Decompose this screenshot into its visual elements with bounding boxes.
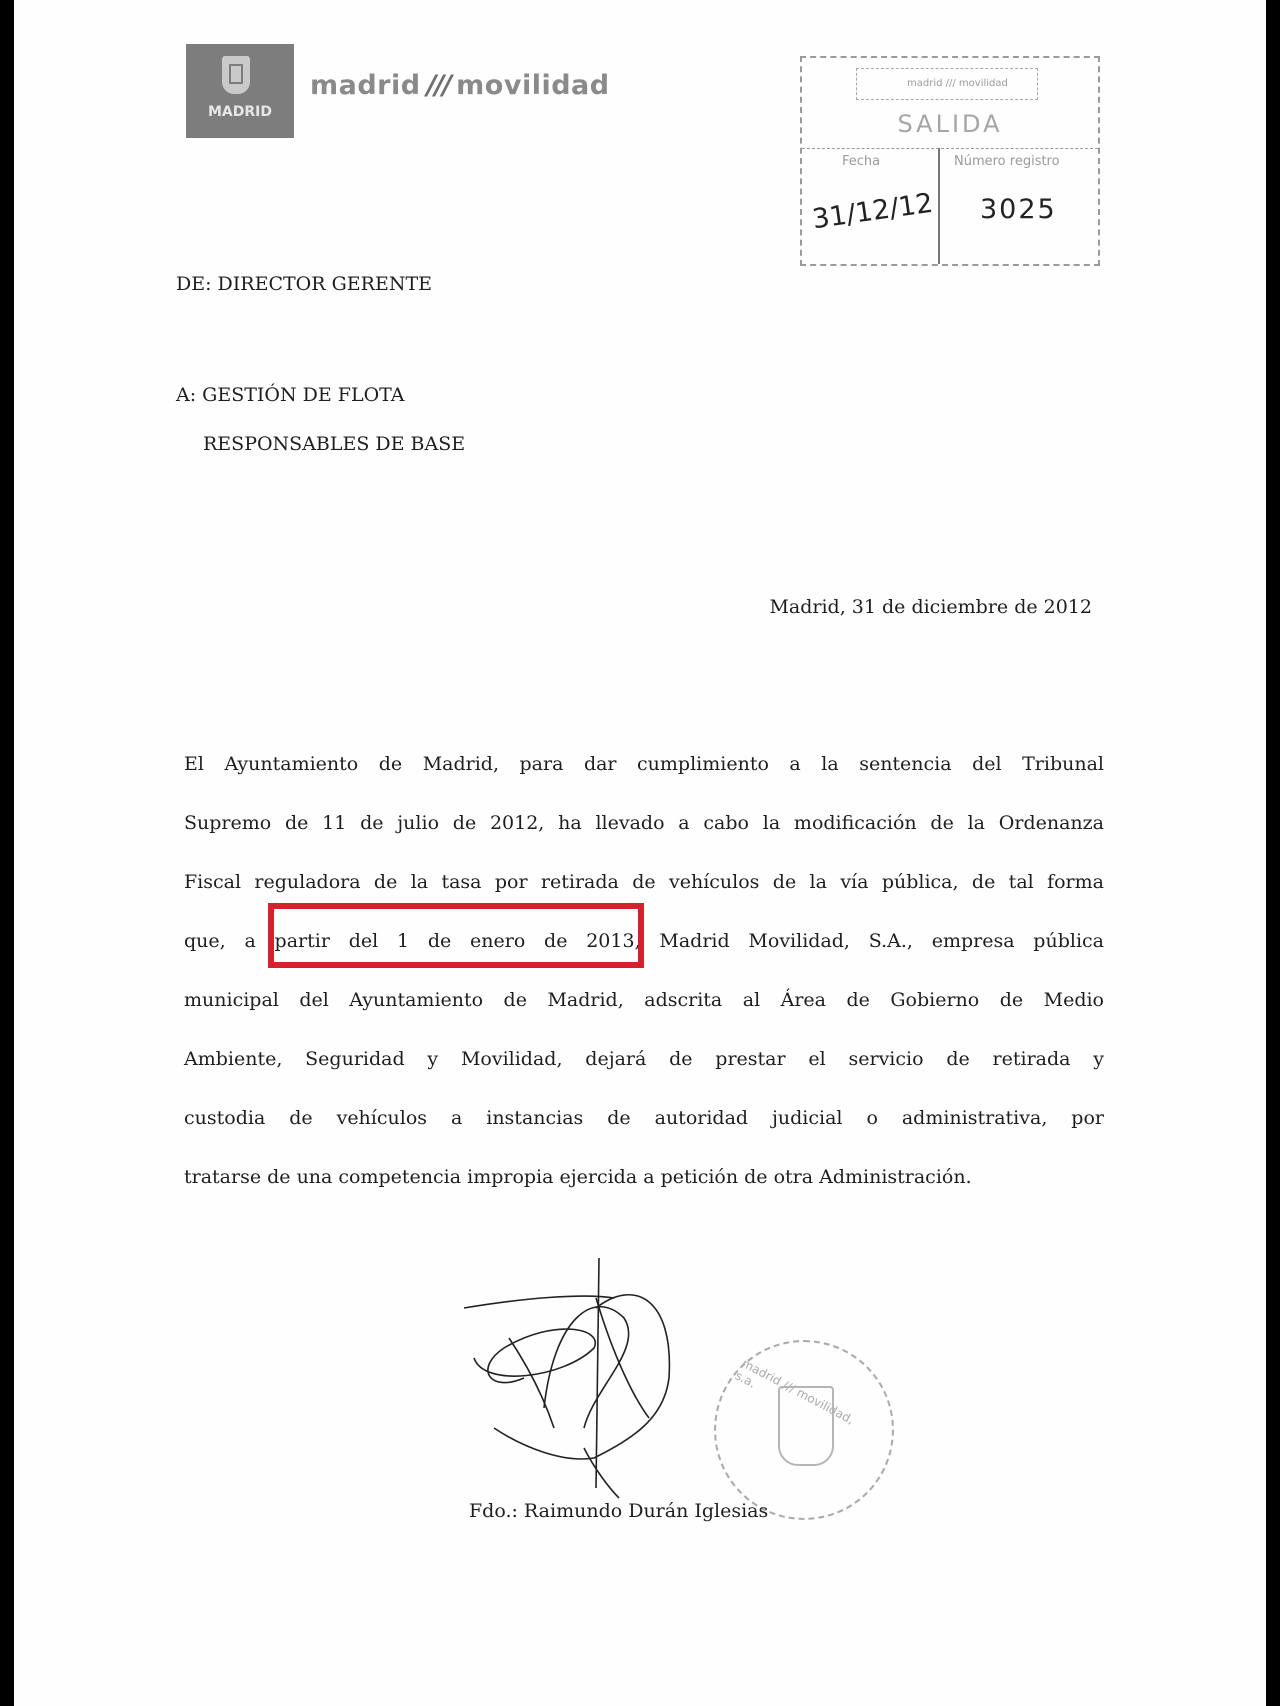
body-line: Supremo de 11 de julio de 2012, ha lleva…: [184, 811, 1104, 870]
stamp-title: SALIDA: [802, 110, 1098, 138]
stamp-number-value: 3025: [980, 194, 1057, 225]
memo-place-date: Madrid, 31 de diciembre de 2012: [769, 596, 1092, 618]
stamp-divider-vertical: [938, 148, 940, 264]
madrid-city-logo: MADRID: [186, 44, 294, 138]
stamp-date-label: Fecha: [842, 154, 880, 169]
body-line: municipal del Ayuntamiento de Madrid, ad…: [184, 988, 1104, 1047]
stamp-date-value: 31/12/12: [810, 188, 934, 236]
stamp-divider: [802, 148, 1098, 149]
coat-of-arms-icon: [222, 56, 250, 94]
memo-to-line2: RESPONSABLES DE BASE: [203, 433, 465, 455]
memo-from: DE: DIRECTOR GERENTE: [176, 273, 432, 295]
brand-right: movilidad: [456, 70, 609, 101]
body-line: El Ayuntamiento de Madrid, para dar cump…: [184, 752, 1104, 811]
stamp-number-label: Número registro: [954, 154, 1060, 169]
stamp-logo: madrid /// movilidad: [856, 68, 1038, 100]
body-line: custodia de vehículos a instancias de au…: [184, 1106, 1104, 1165]
brand-left: madrid: [310, 70, 421, 101]
logo-badge-text: MADRID: [186, 104, 294, 120]
signature-scribble: [444, 1258, 764, 1508]
seal-crest-icon: [778, 1386, 834, 1466]
body-line: tratarse de una competencia impropia eje…: [184, 1165, 1104, 1224]
company-seal: madrid /// movilidad, s.a.: [714, 1340, 894, 1520]
brand-slashes: ///: [427, 70, 451, 101]
document-page: MADRID madrid///movilidad madrid /// mov…: [14, 0, 1266, 1706]
memo-to-line1: A: GESTIÓN DE FLOTA: [176, 384, 405, 406]
brand-wordmark: madrid///movilidad: [310, 70, 610, 101]
signed-by: Fdo.: Raimundo Durán Iglesias: [469, 1500, 768, 1522]
body-line: Ambiente, Seguridad y Movilidad, dejará …: [184, 1047, 1104, 1106]
register-stamp: madrid /// movilidad SALIDA Fecha Número…: [800, 56, 1100, 266]
highlight-box: [268, 903, 644, 968]
body-paragraph: El Ayuntamiento de Madrid, para dar cump…: [184, 752, 1104, 1224]
